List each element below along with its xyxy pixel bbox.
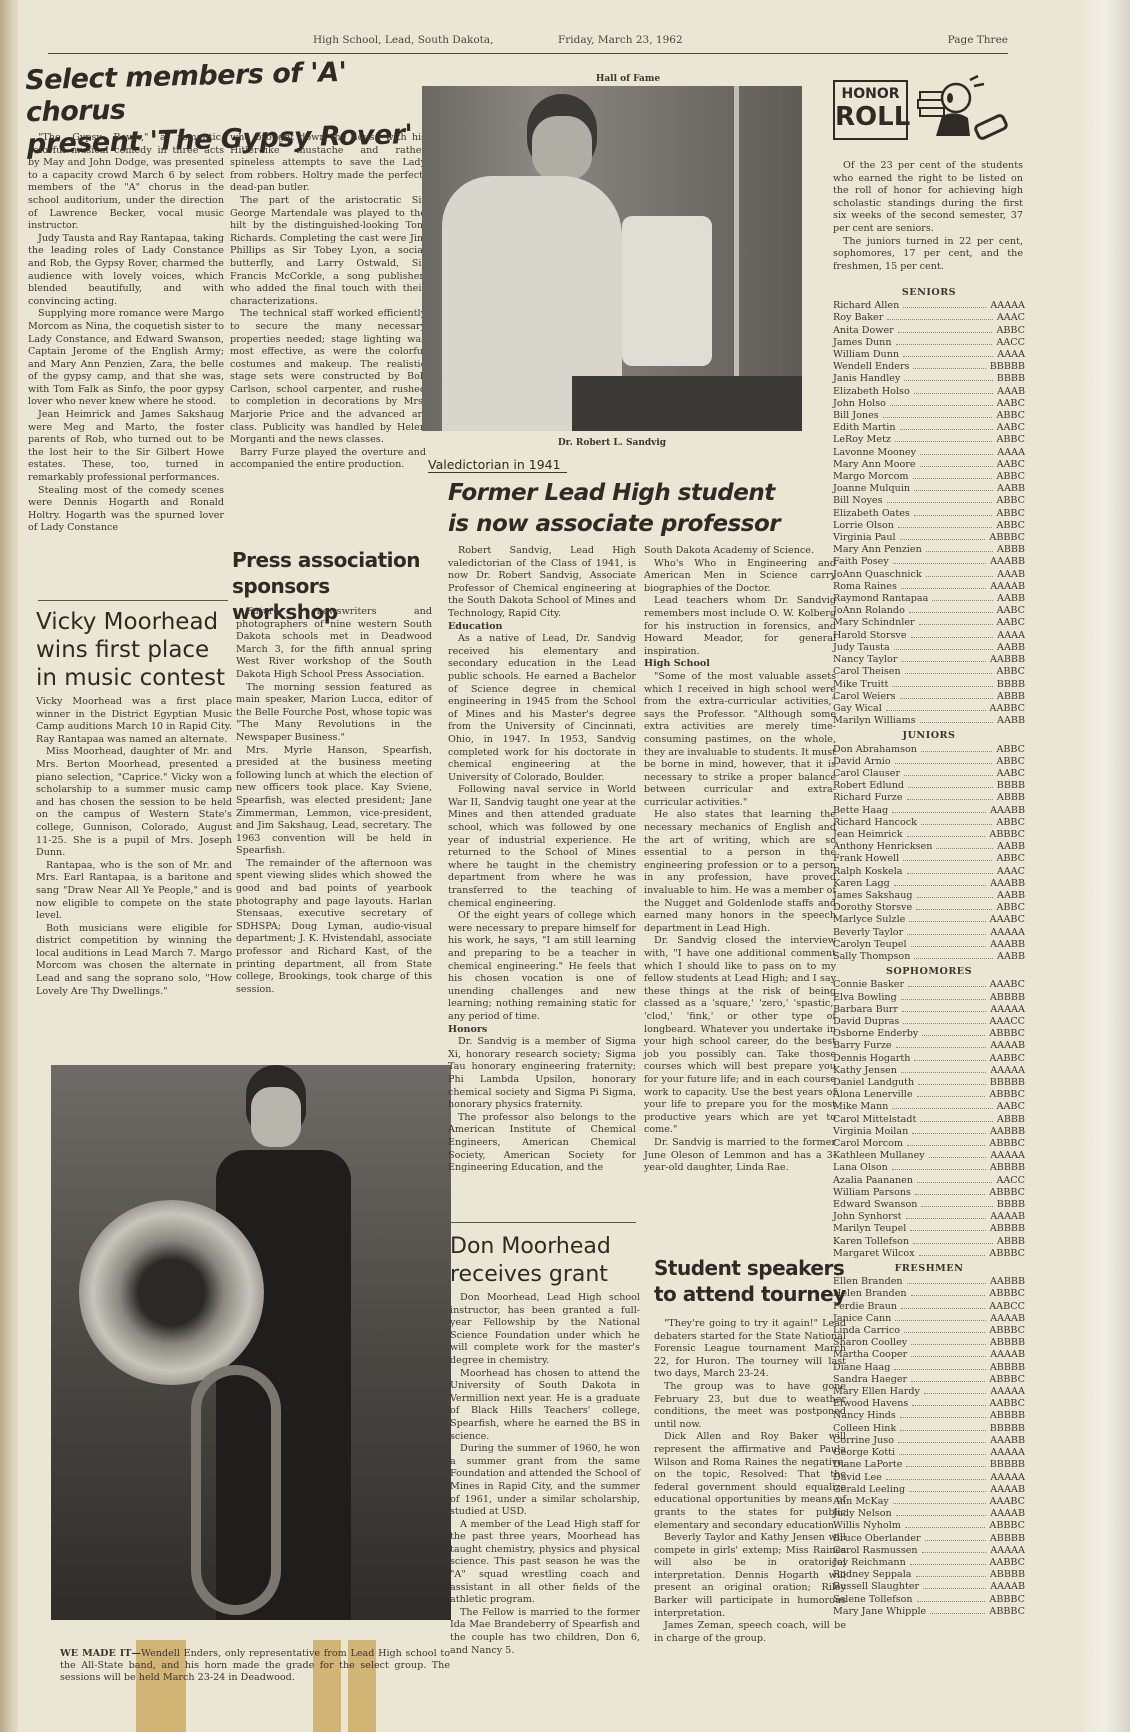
student-grades: BBBB (997, 780, 1025, 792)
honor-roll-entry: Faith PoseyAAABB (833, 556, 1025, 568)
paragraph: Lead teachers whom Dr. Sandvig remembers… (644, 595, 836, 658)
student-grades: AABBB (990, 1126, 1025, 1138)
student-name: Carol Rasmussen (833, 1545, 918, 1557)
leader-dots (915, 1194, 985, 1195)
leader-dots (902, 1011, 986, 1012)
headline-line: to attend tourney (654, 1281, 854, 1307)
student-grades: ABBBB (990, 1162, 1025, 1174)
leader-dots (904, 1332, 985, 1333)
student-name: Osborne Enderby (833, 1028, 918, 1040)
student-grades: AAAC (997, 866, 1025, 878)
divider (38, 600, 228, 601)
honor-roll-entry: Margo MorcomABBC (833, 471, 1025, 483)
student-grades: BBBBB (990, 1423, 1025, 1435)
honor-roll-entry: Carol WeiersABBB (833, 691, 1025, 703)
student-grades: ABBB (997, 1114, 1025, 1126)
paragraph: The technical staff worked efficiently t… (230, 308, 426, 447)
student-name: Carol Theisen (833, 666, 901, 678)
leader-dots (893, 1503, 986, 1504)
leader-dots (914, 490, 993, 491)
student-name: Mike Mann (833, 1101, 888, 1113)
student-name: Richard Allen (833, 300, 899, 312)
student-grades: AAABB (990, 556, 1025, 568)
student-grades: AAAAB (990, 581, 1025, 593)
student-name: Janis Handley (833, 373, 900, 385)
paragraph: As a native of Lead, Dr. Sandvig receive… (448, 633, 636, 784)
student-grades: AAAA (997, 447, 1025, 459)
student-name: William Dunn (833, 349, 899, 361)
student-name: Harold Storsve (833, 630, 907, 642)
honor-roll-entry: William ParsonsABBBC (833, 1187, 1025, 1199)
honor-roll-intro: Of the 23 per cent of the students who e… (833, 160, 1023, 273)
student-name: Russell Slaughter (833, 1581, 919, 1593)
paragraph: "They're going to try it again!" Lead de… (654, 1318, 846, 1381)
student-name: Frank Howell (833, 853, 899, 865)
student-grades: AABC (997, 605, 1025, 617)
honor-roll-entry: Roma RainesAAAAB (833, 581, 1025, 593)
student-name: Diane LaPorte (833, 1459, 902, 1471)
sandvig-col-1: Robert Sandvig, Lead High valedictorian … (448, 545, 636, 1175)
student-grades: AABBC (990, 1053, 1025, 1065)
student-name: Dorothy Storsve (833, 902, 912, 914)
student-grades: AAAC (997, 312, 1025, 324)
paragraph: Moorhead has chosen to attend the Univer… (450, 1368, 640, 1444)
leader-dots (906, 1218, 987, 1219)
lab-apparatus (622, 216, 712, 366)
honor-roll-entry: Barbara BurrAAAAA (833, 1004, 1025, 1016)
paragraph: South Dakota Academy of Science. (644, 545, 836, 558)
leader-dots (901, 661, 986, 662)
don-headline: Don Moorhead receives grant (450, 1233, 650, 1289)
student-name: Margaret Wilcox (833, 1248, 915, 1260)
honor-roll-entry: Dennis HogarthAABBC (833, 1053, 1025, 1065)
student-grades: ABBBC (989, 1138, 1025, 1150)
leader-dots (920, 466, 993, 467)
leader-dots (924, 1393, 986, 1394)
student-name: James Sakshaug (833, 890, 913, 902)
student-name: Karen Tollefson (833, 1236, 909, 1248)
student-grades: AAAAB (990, 1211, 1025, 1223)
leader-dots (921, 824, 992, 825)
student-name: Beverly Taylor (833, 927, 903, 939)
paragraph: Mrs. Myrle Hanson, Spearfish, presided a… (236, 745, 432, 858)
student-grades: AAAAA (990, 1004, 1025, 1016)
student-name: Mary Jane Whipple (833, 1606, 926, 1618)
paragraph: James Zeman, speech coach, will be in ch… (654, 1620, 846, 1645)
student-name: Elwood Havens (833, 1398, 908, 1410)
student-name: Elizabeth Holso (833, 386, 910, 398)
student-name: Corrine Juso (833, 1435, 894, 1447)
student-grades: AABC (997, 422, 1025, 434)
student-grades: AABB (997, 841, 1025, 853)
leader-dots (901, 1308, 985, 1309)
student-name: Lorrie Olson (833, 520, 894, 532)
leader-dots (919, 1255, 986, 1256)
paragraph: who brought down the house with his Hitl… (230, 132, 426, 195)
paragraph: Of the 23 per cent of the students who e… (833, 160, 1023, 236)
honor-roll-entry: George KottiAAAAA (833, 1447, 1025, 1459)
student-name: Mary Ann Moore (833, 459, 916, 471)
student-grades: AAAAA (990, 300, 1025, 312)
student-name: Barry Furze (833, 1040, 892, 1052)
leader-dots (900, 539, 986, 540)
honor-roll-entry: Mary Ann PenzienABBB (833, 544, 1025, 556)
leader-dots (901, 999, 986, 1000)
student-grades: BBBB (997, 1199, 1025, 1211)
student-name: Sharon Coolley (833, 1337, 907, 1349)
honor-roll-entry: David DuprasAAACC (833, 1016, 1025, 1028)
honor-roll-entry: JoAnn RolandoAABC (833, 605, 1025, 617)
student-grades: AAAB (997, 569, 1025, 581)
student-grades: ABBC (996, 434, 1025, 446)
student-grades: AAAAA (990, 927, 1025, 939)
student-name: Janice Cann (833, 1313, 891, 1325)
honor-roll-entry: Marlyce SulzleAAABC (833, 914, 1025, 926)
leader-dots (917, 1182, 992, 1183)
honor-roll-entry: Carol MittelstadtABBB (833, 1114, 1025, 1126)
paragraph: Judy Tausta and Ray Rantapaa, taking the… (28, 233, 224, 309)
paragraph: Miss Moorhead, daughter of Mr. and Mrs. … (36, 746, 232, 859)
honor-roll-section-seniors: SENIORS (833, 287, 1025, 299)
student-grades: AABBC (990, 1398, 1025, 1410)
honor-roll-entry: Elizabeth OatesABBC (833, 508, 1025, 520)
student-name: Gay Wical (833, 703, 882, 715)
student-grades: AABB (997, 890, 1025, 902)
leader-dots (894, 1369, 986, 1370)
honor-roll-entry: John SynhorstAAAAB (833, 1211, 1025, 1223)
student-grades: AAAAB (990, 1349, 1025, 1361)
paragraph: Robert Sandvig, Lead High valedictorian … (448, 545, 636, 621)
leader-dots (896, 1515, 987, 1516)
student-name: Bill Noyes (833, 495, 883, 507)
student-name: John Holso (833, 398, 886, 410)
leader-dots (913, 478, 993, 479)
student-name: Judy Nelson (833, 1508, 892, 1520)
student-name: Martha Cooper (833, 1349, 907, 1361)
paragraph: The Fellow is married to the former Ida … (450, 1607, 640, 1657)
leader-dots (895, 763, 993, 764)
student-grades: AABBB (990, 654, 1025, 666)
headline-line: wins first place (36, 636, 236, 664)
sandvig-photo-caption: Dr. Robert L. Sandvig (422, 437, 802, 450)
paragraph: Vicky Moorhead was a first place winner … (36, 696, 232, 746)
student-name: Sandra Haeger (833, 1374, 907, 1386)
student-grades: BBBB (997, 679, 1025, 691)
honor-roll-entry: Janis HandleyBBBB (833, 373, 1025, 385)
student-grades: ABBC (996, 853, 1025, 865)
student-grades: ABBC (996, 410, 1025, 422)
honor-roll-entry: Edward SwansonBBBB (833, 1199, 1025, 1211)
student-name: Richard Hancock (833, 817, 917, 829)
student-grades: AABB (997, 951, 1025, 963)
leader-dots (917, 1601, 986, 1602)
honor-roll-entry: Anita DowerABBC (833, 325, 1025, 337)
paragraph: The group was to have gone February 23, … (654, 1381, 846, 1431)
binding-spine (0, 0, 18, 1732)
student-name: Nancy Hinds (833, 1410, 896, 1422)
honor-roll-entry: Helen BrandenABBBC (833, 1288, 1025, 1300)
honor-roll-entry: Edith MartinAABC (833, 422, 1025, 434)
student-grades: ABBBB (990, 1337, 1025, 1349)
band-photo-caption: WE MADE IT—Wendell Enders, only represen… (60, 1648, 450, 1684)
student-name: Ellen Branden (833, 1276, 903, 1288)
leader-dots (907, 1145, 985, 1146)
don-body: Don Moorhead, Lead High school instructo… (450, 1292, 640, 1657)
student-name: Virginia Paul (833, 532, 896, 544)
honor-roll-entry: Diane HaagABBBB (833, 1362, 1025, 1374)
student-grades: ABBBB (990, 1569, 1025, 1581)
leader-dots (907, 799, 993, 800)
student-name: Carol Clauser (833, 768, 900, 780)
student-name: Selene Tollefson (833, 1594, 913, 1606)
leader-dots (911, 1356, 986, 1357)
leader-dots (883, 417, 993, 418)
gypsy-col-2: who brought down the house with his Hitl… (230, 132, 426, 472)
headline-line: is now associate professor (448, 509, 848, 540)
paragraph: The morning session featured as main spe… (236, 682, 432, 745)
paragraph: Dr. Sandvig is married to the former Jun… (644, 1137, 836, 1175)
student-grades: ABBBC (989, 1520, 1025, 1532)
leader-dots (918, 1084, 986, 1085)
student-name: Elva Bowling (833, 992, 897, 1004)
paragraph: A member of the Lead High staff for the … (450, 1519, 640, 1607)
logo-line: ROLL (835, 103, 906, 131)
leader-dots (911, 1344, 986, 1345)
student-name: Ann McKay (833, 1496, 889, 1508)
honor-roll-entry: Colleen HinkBBBBB (833, 1423, 1025, 1435)
student-grades: ABBC (996, 325, 1025, 337)
headline-line: Student speakers (654, 1255, 854, 1281)
leader-dots (926, 551, 993, 552)
honor-roll-entry: Carol ClauserAABC (833, 768, 1025, 780)
student-grades: AAABB (990, 878, 1025, 890)
honor-roll-logo: HONOR ROLL (833, 80, 908, 140)
student-grades: AAAAA (990, 1150, 1025, 1162)
student-name: Diane Haag (833, 1362, 890, 1374)
honor-roll-entry: Bruce OberlanderABBBB (833, 1533, 1025, 1545)
student-grades: ABBBC (989, 1028, 1025, 1040)
honor-roll-entry: Azalia PaananenAACC (833, 1175, 1025, 1187)
headline-line: Press association (232, 547, 432, 573)
speakers-body: "They're going to try it again!" Lead de… (654, 1318, 846, 1645)
student-grades: ABBBC (989, 1187, 1025, 1199)
honor-roll-entry: John HolsoAABC (833, 398, 1025, 410)
photo-face (532, 116, 592, 181)
headline-line: Don Moorhead (450, 1233, 650, 1261)
honor-roll-entry: Mary Ann MooreAABC (833, 459, 1025, 471)
leader-dots (914, 393, 993, 394)
leader-dots (926, 576, 994, 577)
honor-roll-entry: Carol RasmussenAAAAA (833, 1545, 1025, 1557)
honor-roll-entry: William DunnAAAA (833, 349, 1025, 361)
honor-roll-entry: Judy NelsonAAAAB (833, 1508, 1025, 1520)
subhead-education: Education (448, 621, 636, 634)
honor-roll-entry: Sally ThompsonAABB (833, 951, 1025, 963)
headline-line: receives grant (450, 1261, 650, 1289)
paragraph: Barry Furze played the overture and acco… (230, 447, 426, 472)
student-name: Margo Morcom (833, 471, 909, 483)
student-grades: AAABC (990, 979, 1025, 991)
honor-roll-entry: Bill NoyesABBC (833, 495, 1025, 507)
leader-dots (917, 897, 993, 898)
honor-roll-entry: Corrine JusoAAABB (833, 1435, 1025, 1447)
student-grades: ABBC (996, 508, 1025, 520)
student-grades: BBBBB (990, 1459, 1025, 1471)
honor-roll-entry: James SakshaugAABB (833, 890, 1025, 902)
honor-roll-entry: Karen LaggAAABB (833, 878, 1025, 890)
student-grades: BBBBB (990, 1077, 1025, 1089)
student-name: Joanne Mulquin (833, 483, 910, 495)
honor-roll-entry: Lavonne MooneyAAAA (833, 447, 1025, 459)
student-grades: AAAA (997, 630, 1025, 642)
leader-dots (892, 1169, 986, 1170)
paragraph: Of the eight years of college which were… (448, 910, 636, 1023)
leader-dots (907, 1283, 986, 1284)
leader-dots (920, 722, 993, 723)
student-grades: AABC (997, 617, 1025, 629)
leader-dots (914, 958, 993, 959)
student-name: Lana Olson (833, 1162, 888, 1174)
leader-dots (921, 1206, 992, 1207)
student-grades: AAAAB (990, 1040, 1025, 1052)
honor-roll-entry: Frank HowellABBC (833, 853, 1025, 865)
student-name: Dennis Hogarth (833, 1053, 910, 1065)
student-grades: ABBBC (989, 1374, 1025, 1386)
leader-dots (916, 909, 992, 910)
leader-dots (930, 1613, 985, 1614)
student-name: Azalia Paananen (833, 1175, 913, 1187)
honor-roll-entry: Alona LenervilleABBBC (833, 1089, 1025, 1101)
subhead-honors: Honors (448, 1024, 636, 1037)
student-grades: AABB (997, 483, 1025, 495)
leader-dots (893, 563, 986, 564)
student-name: Mary Ellen Hardy (833, 1386, 920, 1398)
press-body: Future newswriters and photographers of … (236, 606, 432, 996)
paragraph: Rantapaa, who is the son of Mr. and Mrs.… (36, 860, 232, 923)
lab-bench (572, 376, 802, 431)
headline-line: in music contest (36, 664, 236, 692)
honor-roll-entry: Marilyn WilliamsAABB (833, 715, 1025, 727)
paragraph: The juniors turned in 22 per cent, sopho… (833, 236, 1023, 274)
student-name: Judy Tausta (833, 642, 890, 654)
paragraph: During the summer of 1960, he won a summ… (450, 1443, 640, 1519)
student-grades: ABBBB (990, 992, 1025, 1004)
student-grades: ABBC (996, 471, 1025, 483)
leader-dots (907, 836, 986, 837)
honor-roll-entry: Lorrie OlsonABBC (833, 520, 1025, 532)
leader-dots (922, 1035, 985, 1036)
student-grades: AABC (997, 398, 1025, 410)
honor-roll-section-sophomores: SOPHOMORES (833, 966, 1025, 978)
honor-roll-entry: Bette HaagAAABB (833, 805, 1025, 817)
leader-dots (911, 1381, 985, 1382)
honor-roll-entry: Nancy TaylorAABBB (833, 654, 1025, 666)
paragraph: Stealing most of the comedy scenes were … (28, 485, 224, 535)
student-name: Ralph Koskela (833, 866, 903, 878)
gypsy-col-1: "The Gypsy Rover," a romantic, colorful … (28, 132, 224, 535)
vicky-headline: Vicky Moorhead wins first place in music… (36, 608, 236, 692)
honor-roll-entry: Elva BowlingABBBB (833, 992, 1025, 1004)
subhead-high-school: High School (644, 658, 836, 671)
student-grades: AABB (997, 715, 1025, 727)
paragraph: Beverly Taylor and Kathy Jensen will com… (654, 1532, 846, 1620)
leader-dots (936, 848, 993, 849)
paragraph: Supplying more romance were Margo Morcom… (28, 308, 224, 409)
paragraph: Both musicians were eligible for distric… (36, 923, 232, 999)
student-grades: AAAAA (990, 1545, 1025, 1557)
student-grades: ABBBC (989, 1089, 1025, 1101)
student-grades: ABBBC (989, 1606, 1025, 1618)
leader-dots (900, 1430, 985, 1431)
student-grades: ABBC (996, 756, 1025, 768)
student-name: JoAnn Quaschnick (833, 569, 922, 581)
paragraph: "The Gypsy Rover," a romantic, colorful … (28, 132, 224, 233)
paragraph: The part of the aristocratic Sir George … (230, 195, 426, 308)
paragraph: Jean Heimrick and James Sakshaug were Me… (28, 409, 224, 485)
student-name: Jean Heimrick (833, 829, 903, 841)
honor-roll-entry: Jean HeimrickABBBC (833, 829, 1025, 841)
student-grades: ABBC (996, 902, 1025, 914)
honor-roll-entry: Richard HancockABBC (833, 817, 1025, 829)
student-grades: AAABB (990, 939, 1025, 951)
masthead-school: High School, Lead, South Dakota, (313, 34, 493, 46)
honor-roll-entry: Raymond RantapaaAABB (833, 593, 1025, 605)
student-name: Kathy Jensen (833, 1065, 897, 1077)
student-grades: AAABC (990, 914, 1025, 926)
student-name: Colleen Hink (833, 1423, 896, 1435)
honor-roll-entry: Mary SchindnlerAABC (833, 617, 1025, 629)
leader-dots (909, 1491, 986, 1492)
leader-dots (919, 624, 993, 625)
honor-roll-entry: Dorothy StorsveABBC (833, 902, 1025, 914)
student-grades: AAAAB (990, 1581, 1025, 1593)
newspaper-page: High School, Lead, South Dakota, Friday,… (18, 0, 1083, 1732)
sousaphone-tubing (191, 1365, 281, 1615)
student-grades: ABBBC (989, 532, 1025, 544)
student-grades: ABBBC (989, 1288, 1025, 1300)
student-name: Ferdie Braun (833, 1301, 897, 1313)
leader-dots (922, 1552, 987, 1553)
leader-dots (898, 527, 993, 528)
honor-roll-entry: Ralph KoskelaAAAC (833, 866, 1025, 878)
leader-dots (908, 986, 986, 987)
sandvig-photo (422, 86, 802, 431)
student-grades: AABB (997, 642, 1025, 654)
leader-dots (892, 1108, 992, 1109)
masthead-date: Friday, March 23, 1962 (558, 34, 683, 46)
student-grades: ABBBC (989, 829, 1025, 841)
student-grades: ABBB (997, 691, 1025, 703)
student-grades: AABC (997, 459, 1025, 471)
paragraph: The professor also belongs to the Americ… (448, 1112, 636, 1175)
student-grades: ABBB (997, 1236, 1025, 1248)
student-name: Virginia Moilan (833, 1126, 908, 1138)
student-grades: AAABB (990, 1435, 1025, 1447)
honor-roll-entry: Don AbrahamsonABBC (833, 744, 1025, 756)
student-name: Carol Mittelstadt (833, 1114, 916, 1126)
honor-roll-entry: Daniel LandguthBBBBB (833, 1077, 1025, 1089)
masthead-page-number: Page Three (948, 34, 1008, 46)
honor-roll-entry: Elwood HavensAABBC (833, 1398, 1025, 1410)
student-grades: AAAA (997, 349, 1025, 361)
leader-dots (905, 1527, 986, 1528)
paragraph: Dr. Sandvig is a member of Sigma Xi, hon… (448, 1036, 636, 1112)
honor-roll-entry: Wendell EndersBBBBB (833, 361, 1025, 373)
student-name: Carol Morcom (833, 1138, 903, 1150)
student-grades: AABBC (990, 1557, 1025, 1569)
student-name: Connie Basker (833, 979, 904, 991)
leader-dots (913, 1243, 993, 1244)
